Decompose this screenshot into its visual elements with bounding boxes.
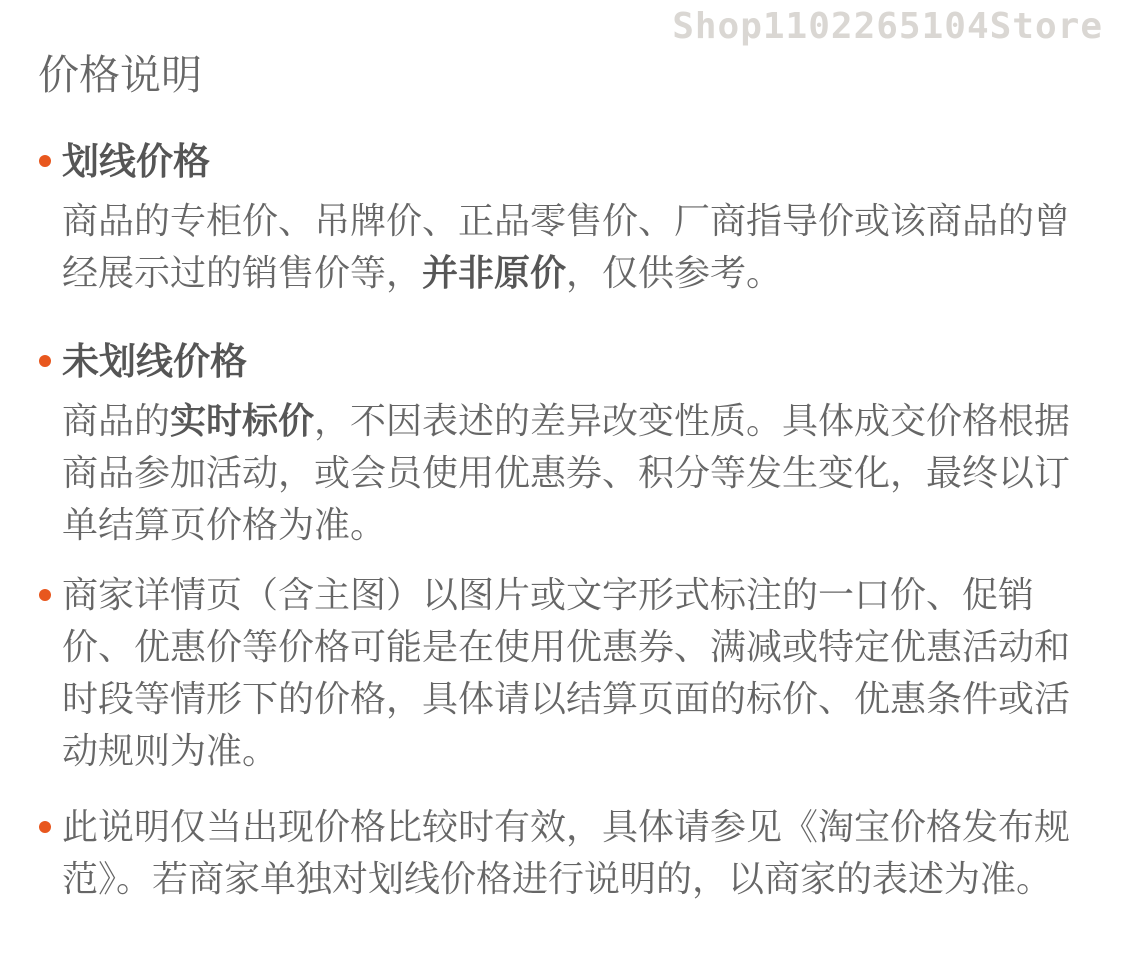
para-segment-bold: 实时标价 (170, 400, 314, 441)
section-heading-crossed-price: 划线价格 (62, 139, 1073, 185)
bullet-icon (39, 355, 51, 367)
price-note-item-crossed-price: 划线价格 商品的专柜价、吊牌价、正品零售价、厂商指导价或该商品的曾经展示过的销售… (38, 139, 1073, 299)
price-notes-list: 划线价格 商品的专柜价、吊牌价、正品零售价、厂商指导价或该商品的曾经展示过的销售… (0, 139, 1125, 905)
para-segment: ，仅供参考。 (566, 252, 782, 293)
bullet-icon (39, 589, 51, 601)
section-paragraph: 商品的专柜价、吊牌价、正品零售价、厂商指导价或该商品的曾经展示过的销售价等，并非… (62, 195, 1073, 299)
para-segment: 此说明仅当出现价格比较时有效，具体请参见《淘宝价格发布规范》。若商家单独对划线价… (62, 806, 1070, 899)
price-note-item-detail-page: 商家详情页（含主图）以图片或文字形式标注的一口价、促销价、优惠价等价格可能是在使… (38, 569, 1073, 777)
section-paragraph: 商品的实时标价，不因表述的差异改变性质。具体成交价格根据商品参加活动，或会员使用… (62, 395, 1073, 551)
para-segment: 商品的 (62, 400, 170, 441)
price-note-item-validity: 此说明仅当出现价格比较时有效，具体请参见《淘宝价格发布规范》。若商家单独对划线价… (38, 801, 1073, 905)
page-title: 价格说明 (38, 51, 1125, 99)
bullet-icon (39, 821, 51, 833)
section-paragraph: 商家详情页（含主图）以图片或文字形式标注的一口价、促销价、优惠价等价格可能是在使… (62, 569, 1073, 777)
price-note-item-uncrossed-price: 未划线价格 商品的实时标价，不因表述的差异改变性质。具体成交价格根据商品参加活动… (38, 339, 1073, 551)
shop-watermark: Shop1102265104Store (672, 6, 1103, 47)
section-heading-uncrossed-price: 未划线价格 (62, 339, 1073, 385)
para-segment-bold: 并非原价 (422, 252, 566, 293)
section-paragraph: 此说明仅当出现价格比较时有效，具体请参见《淘宝价格发布规范》。若商家单独对划线价… (62, 801, 1073, 905)
para-segment: 商家详情页（含主图）以图片或文字形式标注的一口价、促销价、优惠价等价格可能是在使… (62, 574, 1070, 771)
bullet-icon (39, 155, 51, 167)
